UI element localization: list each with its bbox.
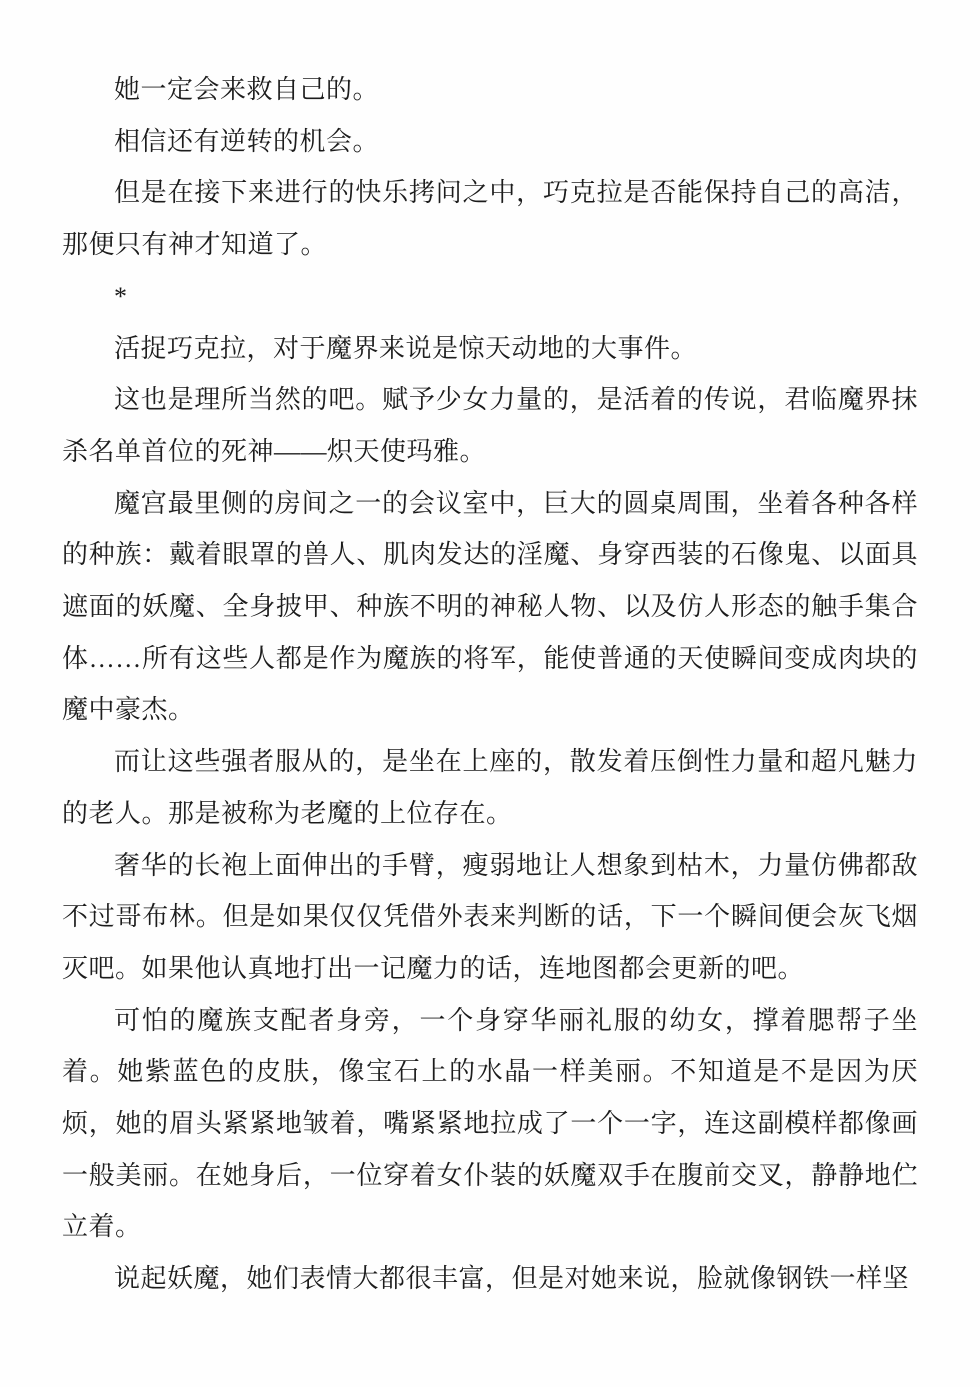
paragraph: 这也是理所当然的吧。赋予少女力量的，是活着的传说，君临魔界抹杀名单首位的死神——… [62, 374, 918, 477]
paragraph: 相信还有逆转的机会。 [62, 116, 918, 168]
paragraph: 她一定会来救自己的。 [62, 64, 918, 116]
paragraph: 而让这些强者服从的，是坐在上座的，散发着压倒性力量和超凡魅力的老人。那是被称为老… [62, 736, 918, 839]
paragraph: 奢华的长袍上面伸出的手臂，瘦弱地让人想象到枯木，力量仿佛都敌不过哥布林。但是如果… [62, 840, 918, 995]
paragraph: 魔宫最里侧的房间之一的会议室中，巨大的圆桌周围，坐着各种各样的种族：戴着眼罩的兽… [62, 478, 918, 737]
paragraph: 可怕的魔族支配者身旁，一个身穿华丽礼服的幼女，撑着腮帮子坐着。她紫蓝色的皮肤，像… [62, 995, 918, 1254]
paragraph: 说起妖魔，她们表情大都很丰富，但是对她来说，脸就像钢铁一样坚 [62, 1253, 918, 1305]
paragraph: 但是在接下来进行的快乐拷问之中，巧克拉是否能保持自己的高洁，那便只有神才知道了。 [62, 167, 918, 270]
paragraph: 活捉巧克拉，对于魔界来说是惊天动地的大事件。 [62, 323, 918, 375]
section-break-asterisk: * [62, 271, 918, 323]
document-page: 她一定会来救自己的。 相信还有逆转的机会。 但是在接下来进行的快乐拷问之中，巧克… [0, 0, 980, 1387]
